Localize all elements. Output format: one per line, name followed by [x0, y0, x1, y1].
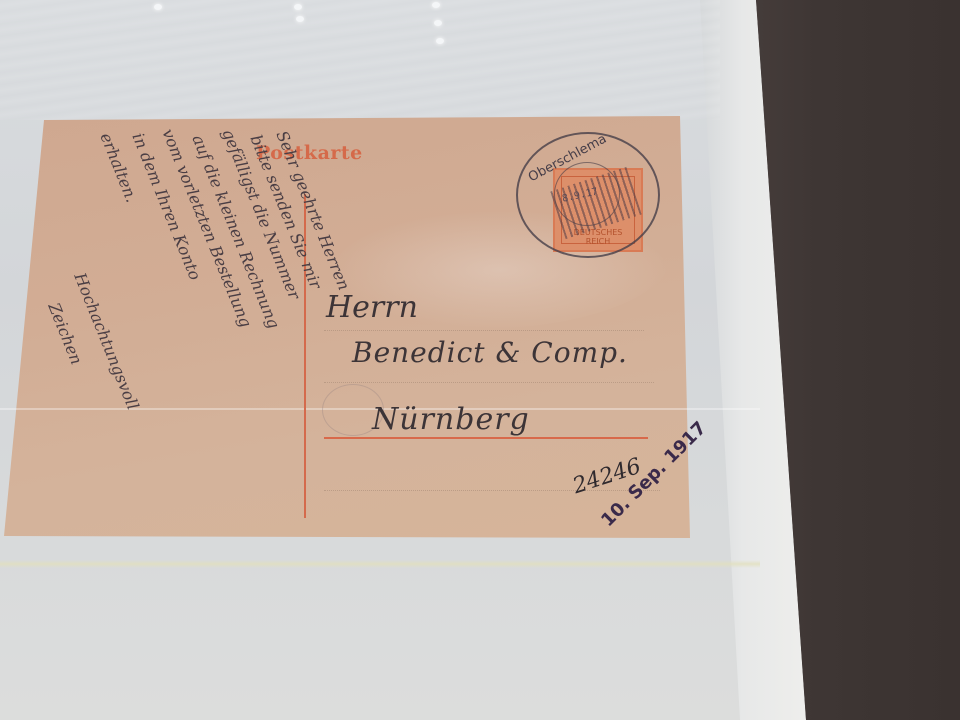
sleeve-reflection	[432, 2, 440, 8]
sleeve-seam	[0, 560, 760, 568]
address-line	[324, 382, 654, 383]
address-line	[324, 490, 660, 491]
photo-scene: Postkarte DEUTSCHES REICH Oberschlema 8.…	[0, 0, 960, 720]
address-line	[324, 330, 644, 331]
address-recipient: Benedict & Comp.	[352, 336, 628, 369]
address-city: Nürnberg	[372, 402, 530, 437]
address-salutation: Herrn	[326, 290, 418, 325]
sleeve-reflection	[436, 38, 444, 44]
address-line-underline	[324, 437, 648, 439]
sleeve-reflection	[434, 20, 442, 26]
sleeve-reflection	[296, 16, 304, 22]
sleeve-reflection	[154, 4, 162, 10]
sleeve-reflection	[294, 4, 302, 10]
sleeve-glare	[0, 0, 720, 120]
